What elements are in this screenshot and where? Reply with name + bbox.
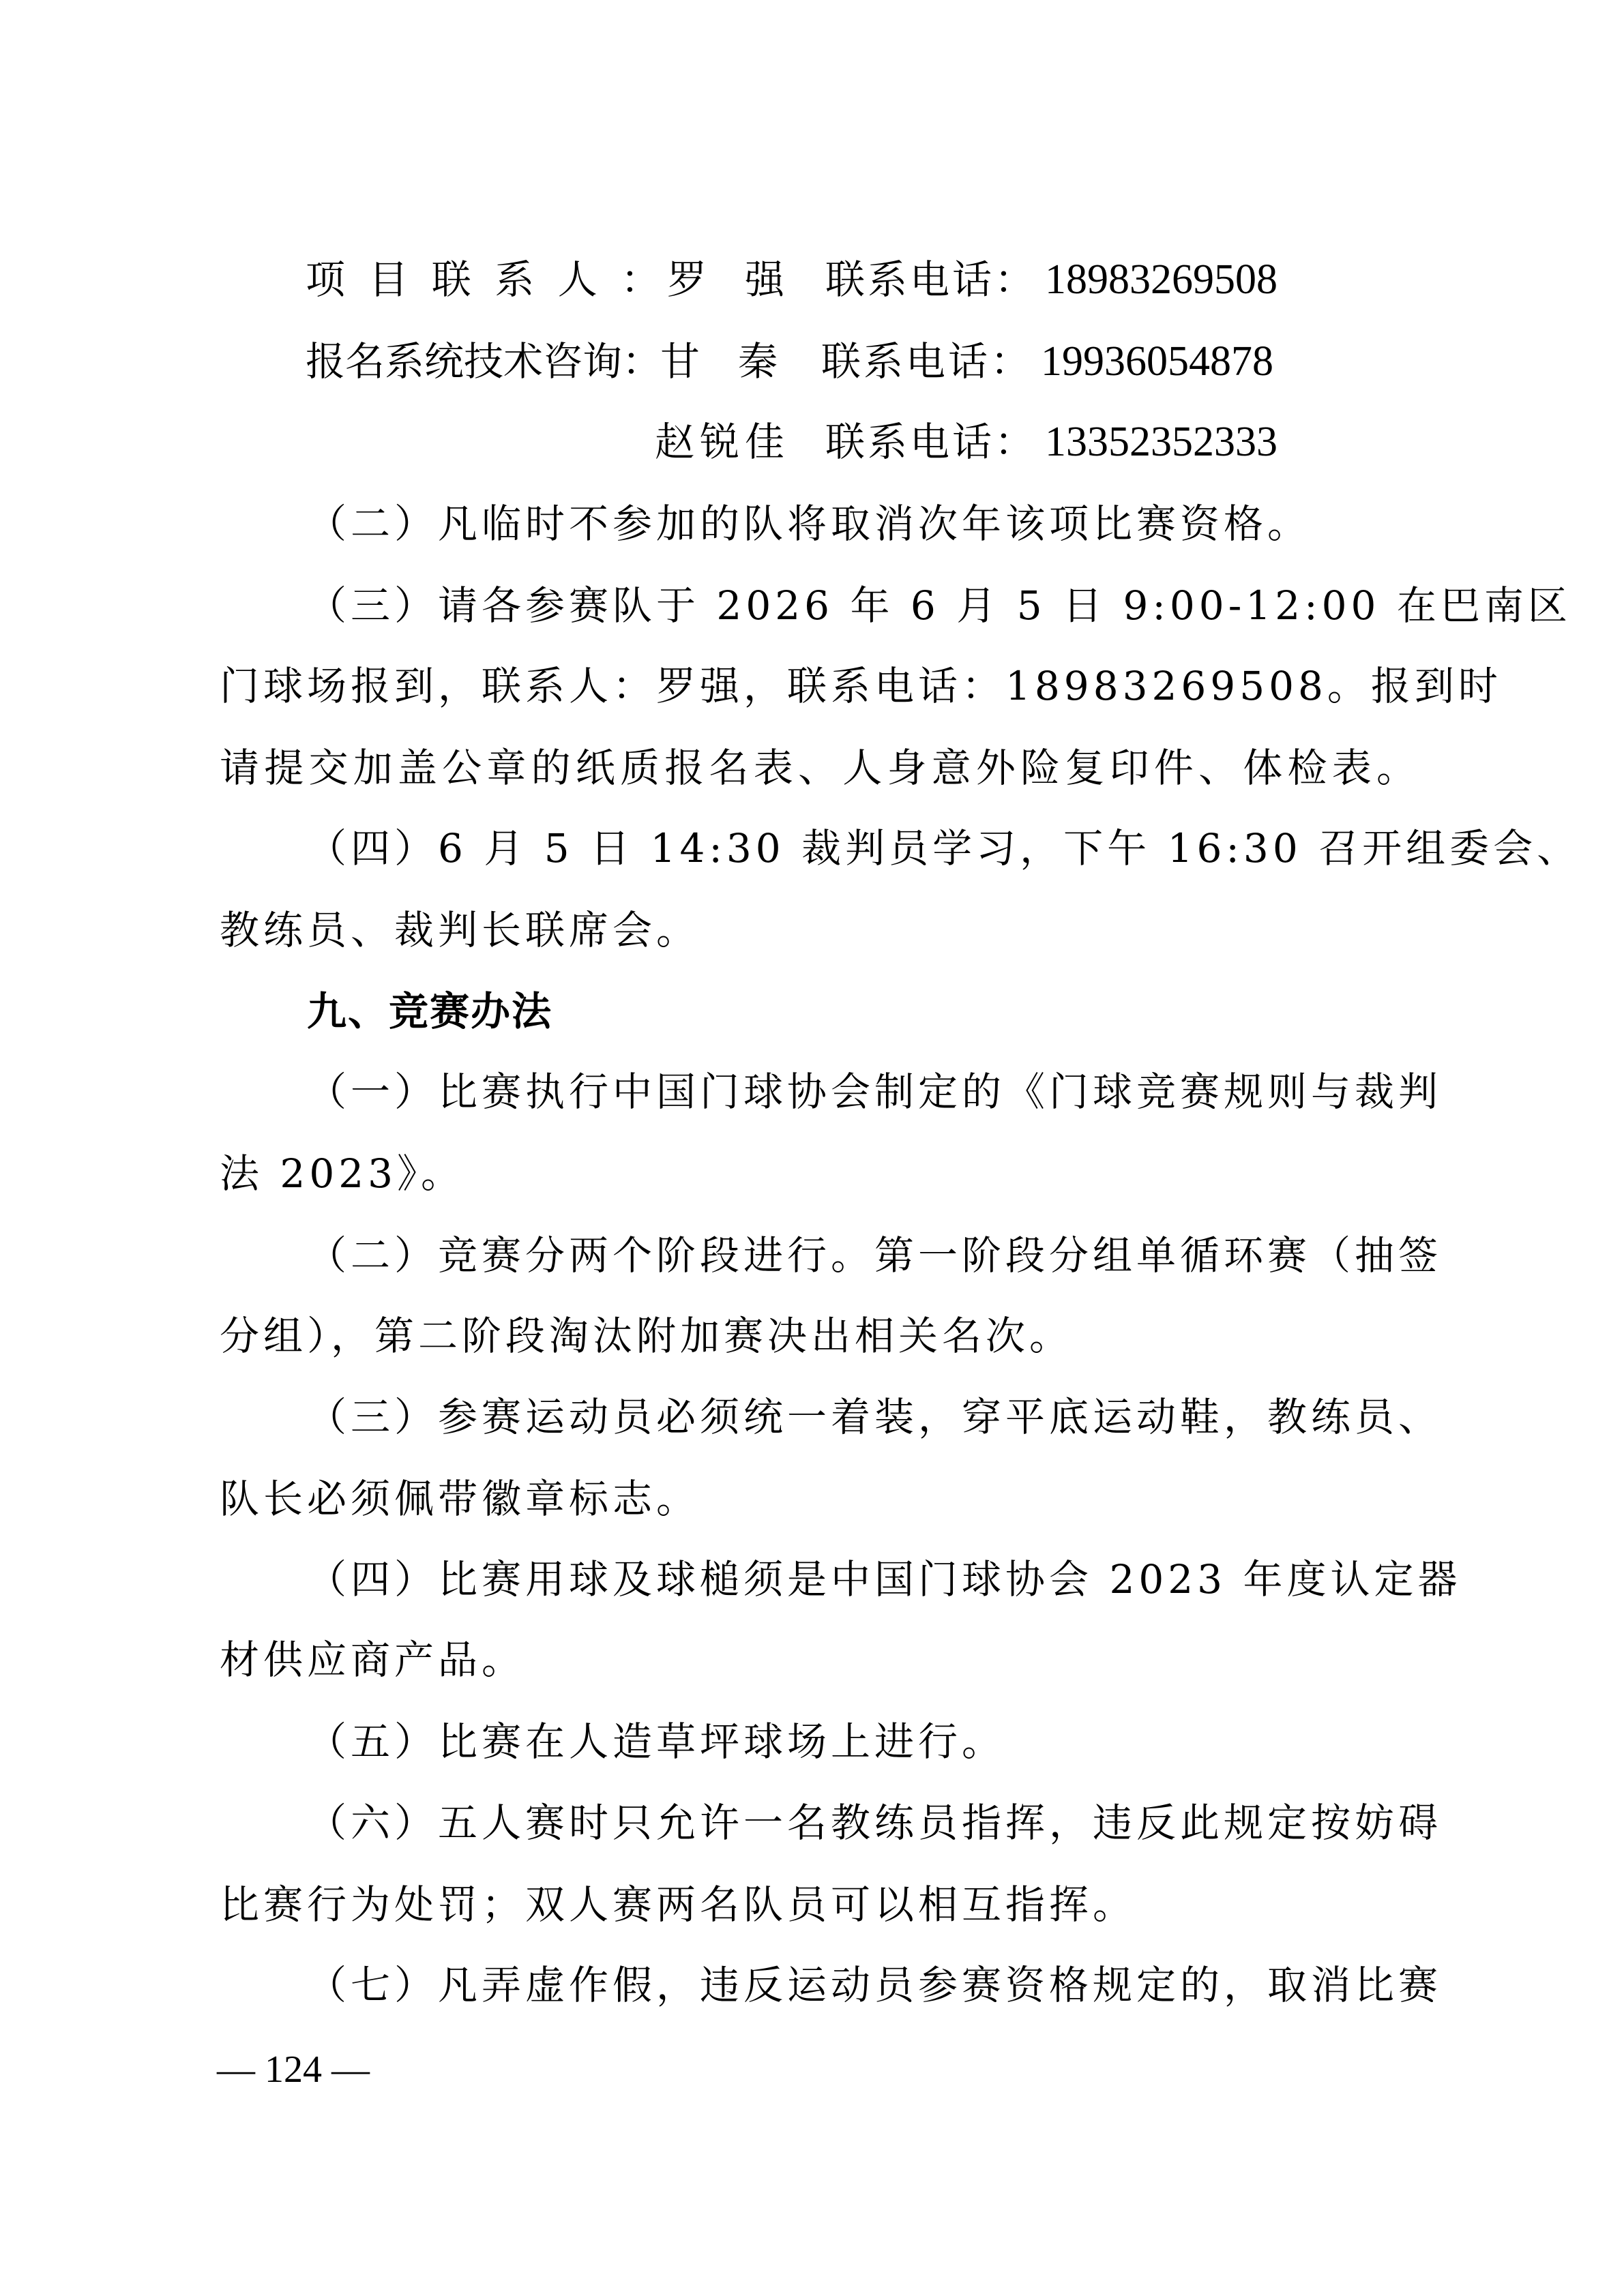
paragraph-line: 门球场报到，联系人：罗强，联系电话：18983269508。报到时 xyxy=(220,659,1420,713)
paragraph-line: （二）凡临时不参加的队将取消次年该项比赛资格。 xyxy=(307,496,1420,551)
contact-phone-label: 联系电话： xyxy=(821,334,1033,389)
contact-phone: 19936054878 xyxy=(1041,334,1273,389)
paragraph-line: 分组），第二阶段淘汰附加赛决出相关名次。 xyxy=(220,1309,1420,1363)
paragraph-line: （六）五人赛时只允许一名教练员指挥，违反此规定按妨碍 xyxy=(307,1795,1420,1850)
contact-name: 赵锐佳 xyxy=(655,415,784,469)
paragraph-line: （一）比赛执行中国门球协会制定的《门球竞赛规则与裁判 xyxy=(307,1064,1420,1119)
paragraph-line: 队长必须佩带徽章标志。 xyxy=(220,1472,1420,1526)
contact-phone: 18983269508 xyxy=(1045,252,1278,307)
contact-row-tech-support-2: 赵锐佳 联系电话： 13352352333 xyxy=(0,415,1624,469)
section-heading: 九、竞赛办法 xyxy=(307,984,1420,1039)
paragraph-line: （七）凡弄虚作假，违反运动员参赛资格规定的，取消比赛 xyxy=(307,1958,1420,2012)
contact-label: 报名系统技术咨询： xyxy=(306,334,660,389)
paragraph-line: 法 2023》。 xyxy=(220,1146,1420,1201)
contact-phone-label: 联系电话： xyxy=(825,415,1037,469)
contact-name: 甘秦 xyxy=(660,334,778,389)
paragraph-line: （四）6 月 5 日 14:30 裁判员学习，下午 16:30 召开组委会、 xyxy=(307,821,1420,876)
contact-phone-label: 联系电话： xyxy=(825,252,1037,307)
contact-name: 罗强 xyxy=(667,252,784,307)
paragraph-line: 教练员、裁判长联席会。 xyxy=(220,903,1420,957)
contact-label: 项目联系人： xyxy=(306,252,660,307)
contact-row-tech-support: 报名系统技术咨询： 甘秦 联系电话： 19936054878 xyxy=(0,334,1624,389)
paragraph-line: 比赛行为处罚；双人赛两名队员可以相互指挥。 xyxy=(220,1877,1420,1932)
paragraph-line: 请提交加盖公章的纸质报名表、人身意外险复印件、体检表。 xyxy=(220,741,1420,795)
contact-phone: 13352352333 xyxy=(1045,415,1278,469)
paragraph-line: （二）竞赛分两个阶段进行。第一阶段分组单循环赛（抽签 xyxy=(307,1228,1420,1283)
paragraph-line: （五）比赛在人造草坪球场上进行。 xyxy=(307,1714,1420,1769)
paragraph-line: （三）参赛运动员必须统一着装，穿平底运动鞋，教练员、 xyxy=(307,1390,1420,1444)
document-page: 项目联系人： 罗强 联系电话： 18983269508 报名系统技术咨询： 甘秦… xyxy=(0,0,1624,2296)
page-number: — 124 — xyxy=(217,2046,370,2093)
paragraph-line: （三）请各参赛队于 2026 年 6 月 5 日 9:00-12:00 在巴南区 xyxy=(307,578,1420,633)
contact-row-project: 项目联系人： 罗强 联系电话： 18983269508 xyxy=(0,252,1624,307)
paragraph-line: （四）比赛用球及球槌须是中国门球协会 2023 年度认定器 xyxy=(307,1552,1420,1607)
paragraph-line: 材供应商产品。 xyxy=(220,1632,1420,1687)
